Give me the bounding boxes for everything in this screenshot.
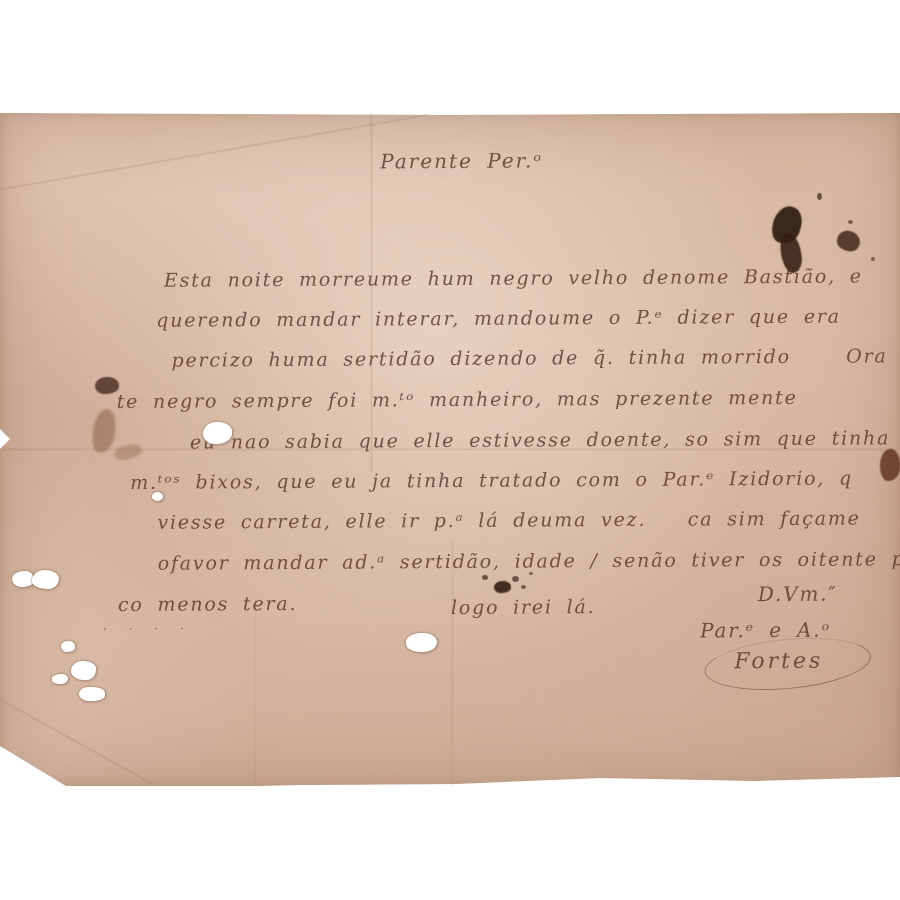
fold-crease-vertical-bottom-left: [254, 600, 257, 786]
ink-speck: [871, 257, 875, 261]
paper-hole: [406, 633, 437, 652]
fold-crease-vertical-lower: [451, 540, 454, 786]
ink-speck: [848, 220, 853, 224]
paper-hole: [79, 687, 105, 701]
stain-right-edge: [880, 449, 900, 481]
ink-splatter-dot: [521, 585, 526, 589]
scanned-letter-photo: { "letter": { "salutation": "Parente Per…: [0, 0, 900, 900]
paper-hole: [61, 641, 75, 652]
paper-hole: [152, 492, 163, 501]
paper-hole: [12, 571, 34, 587]
fold-crease-vertical-upper: [370, 113, 373, 473]
paper-hole: [203, 422, 232, 444]
ink-splatter-dot: [482, 575, 488, 580]
paper-hole: [71, 661, 96, 680]
paper-hole: [52, 674, 68, 684]
ink-splatter-dot: [512, 576, 519, 582]
ink-splatter-main: [494, 581, 511, 593]
stain-left-dark: [95, 377, 119, 394]
ink-splatter-dot: [529, 572, 533, 575]
paper-hole: [32, 570, 59, 589]
ink-speck: [817, 193, 822, 200]
